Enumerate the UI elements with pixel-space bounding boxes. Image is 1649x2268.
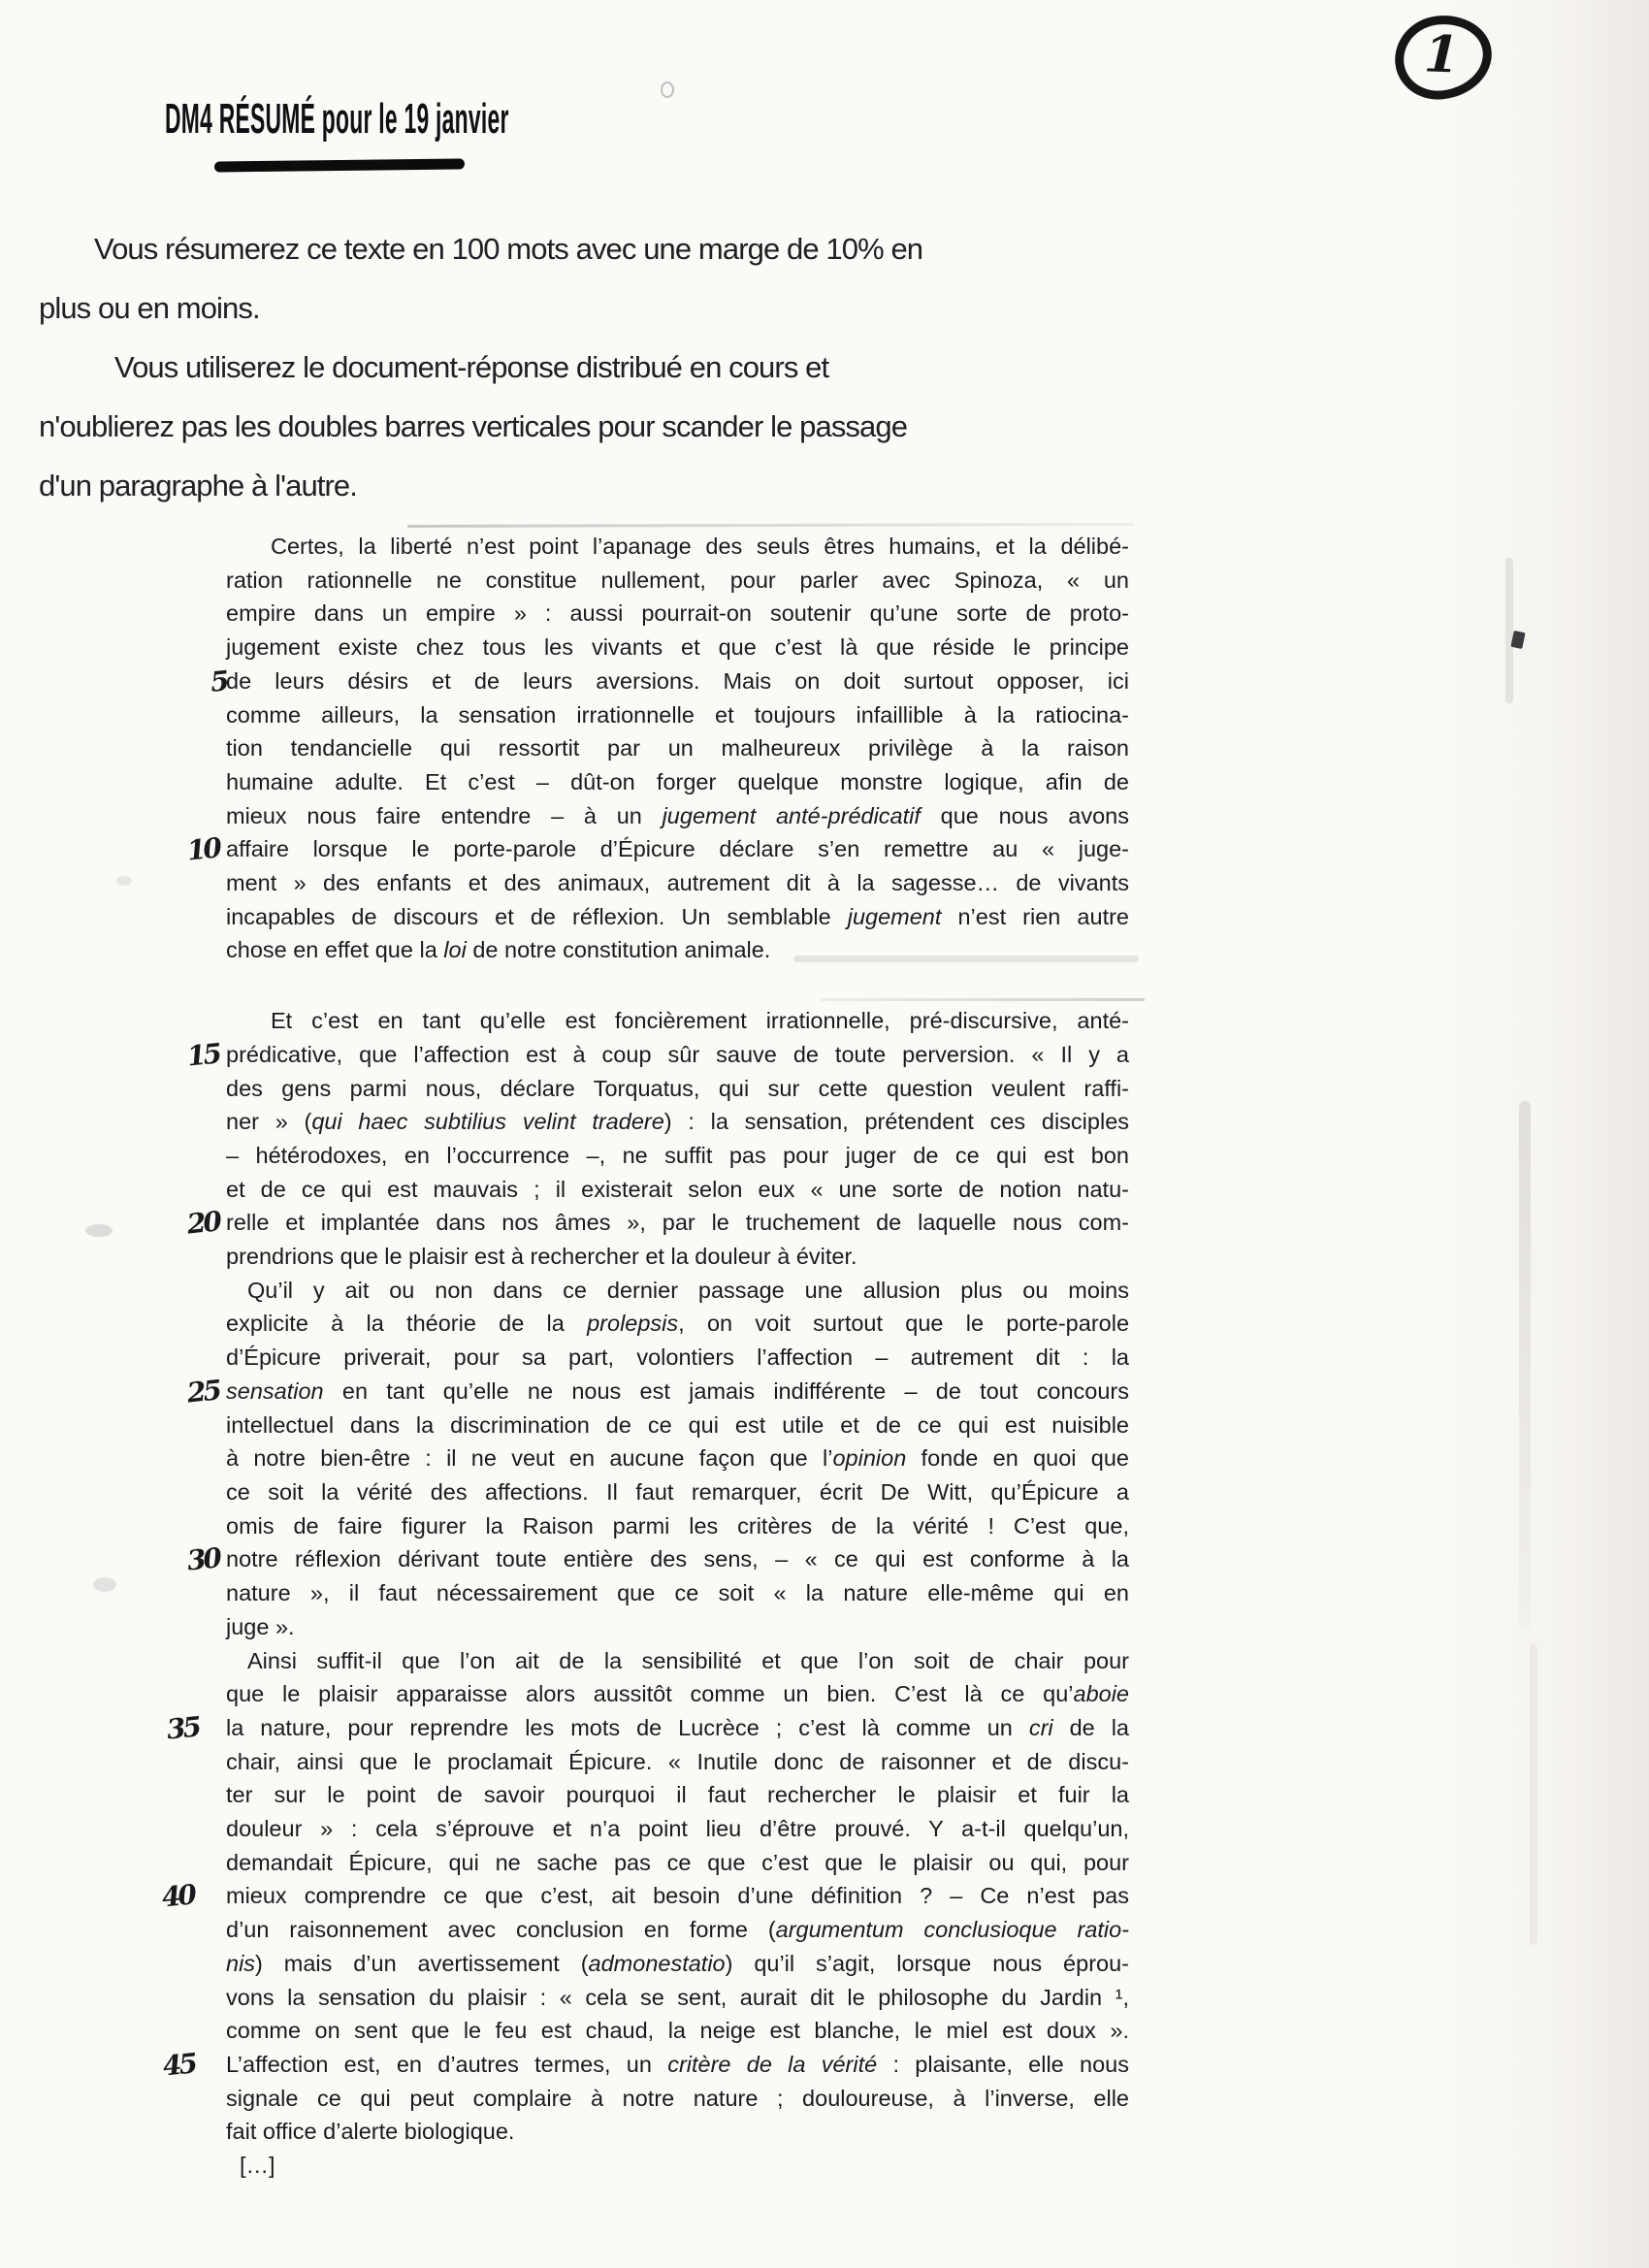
text-line: jugement existe chez tous les vivants et…: [226, 631, 1129, 664]
text-line: 35la nature, pour reprendre les mots de …: [226, 1711, 1129, 1745]
text-line: 10affaire lorsque le porte-parole d’Épic…: [226, 832, 1129, 866]
document-title: DM4 RÉSUMÉ pour le 19 janvier: [165, 95, 509, 144]
text-segment: – hétérodoxes, en l’occurrence –, ne suf…: [226, 1143, 1129, 1168]
text-segment: ) mais d’un avertissement (: [255, 1951, 588, 1976]
text-segment: L’affection est, en d’autres termes, un: [226, 2052, 667, 2077]
instruction-line: n'oublierez pas les doubles barres verti…: [39, 397, 1009, 456]
text-segment: tion tendancielle qui ressortit par un m…: [226, 735, 1129, 761]
text-segment: ment » des enfants et des animaux, autre…: [226, 870, 1129, 895]
text-line: 25sensation en tant qu’elle ne nous est …: [226, 1375, 1129, 1409]
text-line: fait office d’alerte biologique.: [226, 2115, 1129, 2149]
text-line: 45L’affection est, en d’autres termes, u…: [226, 2048, 1129, 2082]
scan-artifact-top-edge-line: [407, 523, 1133, 528]
text-segment: relle et implantée dans nos âmes », par …: [226, 1210, 1129, 1235]
text-segment: à notre bien-être : il ne veut en aucune…: [226, 1445, 832, 1471]
emphasized-text: argumentum conclusioque ratio-: [776, 1917, 1129, 1942]
text-line: d’un raisonnement avec conclusion en for…: [226, 1913, 1129, 1947]
text-line: 40mieux comprendre ce que c’est, ait bes…: [226, 1879, 1129, 1913]
emphasized-text: prolepsis: [587, 1311, 678, 1336]
text-line: chair, ainsi que le proclamait Épicure. …: [226, 1745, 1129, 1779]
text-line: empire dans un empire » : aussi pourrait…: [226, 597, 1129, 631]
text-segment: des gens parmi nous, déclare Torquatus, …: [226, 1076, 1129, 1101]
emphasized-text: admonestatio: [589, 1951, 726, 1976]
text-segment: n’est rien autre: [941, 904, 1129, 929]
instruction-line: plus ou en moins.: [39, 278, 1009, 338]
text-segment: signale ce qui peut complaire à notre na…: [226, 2086, 1129, 2111]
text-line: demandait Épicure, qui ne sache pas ce q…: [226, 1846, 1129, 1880]
margin-line-number: 5: [209, 664, 228, 699]
text-line: 15prédicative, que l’affection est à cou…: [226, 1038, 1129, 1072]
scan-artifact-right-streak: [1505, 558, 1513, 703]
text-line: tion tendancielle qui ressortit par un m…: [226, 731, 1129, 765]
text-line: douleur » : cela s’éprouve et n’a point …: [226, 1812, 1129, 1846]
text-segment: en tant qu’elle ne nous est jamais indif…: [324, 1378, 1129, 1404]
text-line: signale ce qui peut complaire à notre na…: [226, 2082, 1129, 2116]
handwritten-page-number-circle: 1: [1391, 11, 1496, 104]
text-line: ration rationnelle ne constitue nullemen…: [226, 564, 1129, 598]
text-segment: de notre constitution animale.: [467, 937, 771, 962]
text-line: ner » (qui haec subtilius velint tradere…: [226, 1105, 1129, 1139]
text-line: humaine adulte. Et c’est – dût-on forger…: [226, 765, 1129, 799]
text-line: […]: [226, 2149, 1129, 2183]
text-segment: empire dans un empire » : aussi pourrait…: [226, 600, 1129, 626]
text-segment: que le plaisir apparaisse alors aussitôt…: [226, 1681, 1074, 1706]
text-segment: juge ».: [226, 1614, 295, 1639]
text-segment: Qu’il y ait ou non dans ce dernier passa…: [247, 1278, 1129, 1303]
text-line: nature », il faut nécessairement que ce …: [226, 1576, 1129, 1610]
text-line: – hétérodoxes, en l’occurrence –, ne suf…: [226, 1139, 1129, 1173]
text-segment: prendrions que le plaisir est à recherch…: [226, 1244, 857, 1269]
margin-line-number: 30: [185, 1542, 220, 1579]
text-line: omis de faire figurer la Raison parmi le…: [226, 1509, 1129, 1543]
text-line: comme ailleurs, la sensation irrationnel…: [226, 698, 1129, 732]
text-segment: douleur » : cela s’éprouve et n’a point …: [226, 1816, 1129, 1841]
text-segment: intellectuel dans la discrimination de c…: [226, 1412, 1129, 1438]
text-segment: ner » (: [226, 1109, 311, 1134]
text-segment: de leurs désirs et de leurs aversions. M…: [226, 668, 1129, 694]
text-segment: , on voit surtout que le porte-parole: [678, 1311, 1129, 1336]
emphasized-text: nis: [226, 1951, 255, 1976]
emphasized-text: opinion: [832, 1445, 906, 1471]
margin-line-number: 25: [185, 1374, 220, 1410]
text-segment: ) qu’il s’agit, lorsque nous éprou-: [726, 1951, 1129, 1976]
title-underline-stroke: [214, 158, 465, 172]
text-segment: demandait Épicure, qui ne sache pas ce q…: [226, 1850, 1129, 1875]
text-line: incapables de discours et de réflexion. …: [226, 900, 1129, 934]
margin-line-number: 10: [185, 832, 220, 869]
text-segment: incapables de discours et de réflexion. …: [226, 904, 848, 929]
scan-artifact-margin-smudge: [85, 1224, 113, 1237]
text-line: vons la sensation du plaisir : « cela se…: [226, 1981, 1129, 2015]
text-line: Ainsi suffit-il que l’on ait de la sensi…: [226, 1644, 1129, 1678]
emphasized-text: loi: [443, 937, 467, 962]
emphasized-text: jugement: [848, 904, 942, 929]
instruction-line: Vous résumerez ce texte en 100 mots avec…: [39, 219, 1009, 278]
text-line: 5de leurs désirs et de leurs aversions. …: [226, 664, 1129, 698]
scan-artifact-ink-dot: [1510, 631, 1525, 649]
scan-artifact-margin-smudge: [116, 876, 132, 886]
page-number: 1: [1423, 29, 1460, 81]
text-line: et de ce qui est mauvais ; il existerait…: [226, 1173, 1129, 1207]
text-line: Certes, la liberté n’est point l’apanage…: [226, 530, 1129, 564]
text-segment: chair, ainsi que le proclamait Épicure. …: [226, 1749, 1129, 1774]
emphasized-text: qui haec subtilius velint tradere: [311, 1109, 663, 1134]
instruction-line: d'un paragraphe à l'autre.: [39, 456, 1009, 515]
emphasized-text: aboie: [1074, 1681, 1130, 1706]
emphasized-text: sensation: [226, 1378, 324, 1404]
scan-artifact-right-streak: [1530, 1644, 1537, 1945]
text-segment: d’un raisonnement avec conclusion en for…: [226, 1917, 776, 1942]
text-segment: ce soit la vérité des affections. Il fau…: [226, 1479, 1129, 1505]
text-segment: humaine adulte. Et c’est – dût-on forger…: [226, 769, 1129, 794]
source-text-block: Certes, la liberté n’est point l’apanage…: [226, 530, 1129, 2183]
text-line: des gens parmi nous, déclare Torquatus, …: [226, 1072, 1129, 1106]
text-segment: prédicative, que l’affection est à coup …: [226, 1042, 1129, 1067]
margin-line-number: 20: [185, 1206, 220, 1243]
emphasized-text: jugement anté-prédicatif: [663, 803, 921, 828]
text-segment: de la: [1053, 1715, 1129, 1740]
margin-line-number: 40: [160, 1879, 195, 1916]
text-segment: Certes, la liberté n’est point l’apanage…: [271, 534, 1129, 559]
text-segment: Ainsi suffit-il que l’on ait de la sensi…: [247, 1648, 1129, 1673]
emphasized-text: cri: [1029, 1715, 1053, 1740]
text-segment: jugement existe chez tous les vivants et…: [226, 634, 1129, 660]
margin-line-number: 15: [185, 1037, 220, 1074]
text-segment: : plaisante, elle nous: [877, 2052, 1129, 2077]
text-segment: omis de faire figurer la Raison parmi le…: [226, 1513, 1129, 1539]
text-segment: la nature, pour reprendre les mots de Lu…: [226, 1715, 1029, 1740]
scanned-document-page: 1 DM4 RÉSUMÉ pour le 19 janvier Vous rés…: [0, 0, 1649, 2268]
text-line: ce soit la vérité des affections. Il fau…: [226, 1475, 1129, 1509]
instruction-line: Vous utiliserez le document-réponse dist…: [39, 338, 1009, 397]
margin-line-number: 45: [161, 2047, 196, 2084]
text-line: intellectuel dans la discrimination de c…: [226, 1409, 1129, 1442]
text-segment: explicite à la théorie de la: [226, 1311, 587, 1336]
text-segment: […]: [240, 2153, 275, 2178]
text-segment: ter sur le point de savoir pourquoi il f…: [226, 1782, 1129, 1807]
text-segment: que nous avons: [921, 803, 1129, 828]
text-line: juge ».: [226, 1610, 1129, 1644]
text-line: 20relle et implantée dans nos âmes », pa…: [226, 1206, 1129, 1240]
text-segment: notre réflexion dérivant toute entière d…: [226, 1546, 1129, 1571]
text-segment: d’Épicure priverait, pour sa part, volon…: [226, 1345, 1129, 1370]
text-line: ment » des enfants et des animaux, autre…: [226, 866, 1129, 900]
text-segment: mieux comprendre ce que c’est, ait besoi…: [226, 1883, 1129, 1908]
scan-artifact-speck: [661, 81, 674, 98]
text-segment: ) : la sensation, prétendent ces discipl…: [664, 1109, 1129, 1134]
text-segment: affaire lorsque le porte-parole d’Épicur…: [226, 836, 1129, 861]
text-line: chose en effet que la loi de notre const…: [226, 933, 1129, 967]
text-segment: ration rationnelle ne constitue nullemen…: [226, 567, 1129, 593]
text-segment: mieux nous faire entendre – à un: [226, 803, 663, 828]
text-segment: fait office d’alerte biologique.: [226, 2119, 514, 2144]
text-line: 30notre réflexion dérivant toute entière…: [226, 1542, 1129, 1576]
text-segment: vons la sensation du plaisir : « cela se…: [226, 1985, 1129, 2010]
text-segment: chose en effet que la: [226, 937, 443, 962]
text-segment: et de ce qui est mauvais ; il existerait…: [226, 1177, 1129, 1202]
scan-artifact-margin-smudge: [93, 1577, 116, 1592]
text-segment: nature », il faut nécessairement que ce …: [226, 1580, 1129, 1605]
scan-artifact-right-streak: [1519, 1101, 1531, 1630]
text-line: à notre bien-être : il ne veut en aucune…: [226, 1442, 1129, 1475]
text-line: prendrions que le plaisir est à recherch…: [226, 1240, 1129, 1274]
text-line: comme on sent que le feu est chaud, la n…: [226, 2014, 1129, 2048]
text-segment: Et c’est en tant qu’elle est foncièremen…: [271, 1008, 1129, 1033]
emphasized-text: critère de la vérité: [667, 2052, 877, 2077]
text-line: ter sur le point de savoir pourquoi il f…: [226, 1778, 1129, 1812]
text-line: mieux nous faire entendre – à un jugemen…: [226, 799, 1129, 833]
text-segment: comme ailleurs, la sensation irrationnel…: [226, 702, 1129, 728]
text-line: Et c’est en tant qu’elle est foncièremen…: [226, 1004, 1129, 1038]
text-segment: fonde en quoi que: [906, 1445, 1129, 1471]
text-line: que le plaisir apparaisse alors aussitôt…: [226, 1677, 1129, 1711]
text-line: explicite à la théorie de la prolepsis, …: [226, 1307, 1129, 1341]
text-line: nis) mais d’un avertissement (admonestat…: [226, 1947, 1129, 1981]
text-line: d’Épicure priverait, pour sa part, volon…: [226, 1341, 1129, 1375]
text-segment: comme on sent que le feu est chaud, la n…: [226, 2018, 1129, 2043]
text-line: Qu’il y ait ou non dans ce dernier passa…: [226, 1274, 1129, 1308]
assignment-instructions: Vous résumerez ce texte en 100 mots avec…: [39, 219, 1009, 515]
margin-line-number: 35: [165, 1710, 200, 1747]
